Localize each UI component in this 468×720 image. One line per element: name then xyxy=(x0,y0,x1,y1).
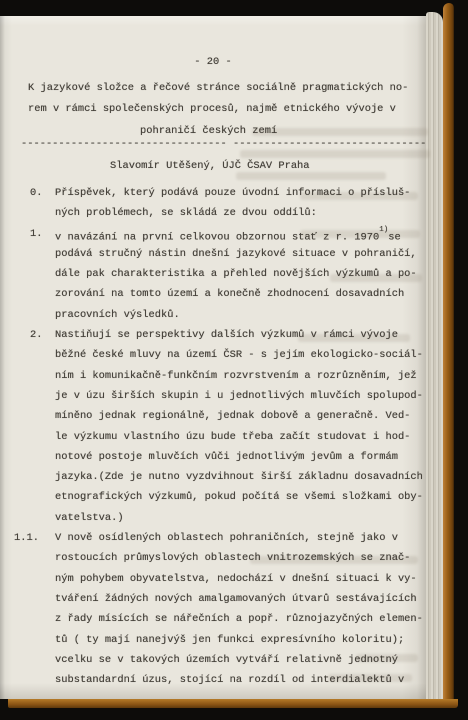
book-cover-edge-bottom xyxy=(8,699,458,708)
body-text-line: tváření žádných nových amalgamovaných út… xyxy=(55,589,427,609)
body-text-line: je v úzu širších skupin i u jednotlivých… xyxy=(55,386,427,406)
body-text-line: ním i komunikačně-funkčním rozvrstvením … xyxy=(55,366,427,386)
document-page: - 20 - K jazykové složce a řečové stránc… xyxy=(0,16,426,699)
paragraph-label: 2. xyxy=(30,325,42,345)
body-text-line: se xyxy=(388,231,400,243)
book-page-edges xyxy=(426,12,443,700)
paragraph-label: 0. xyxy=(30,183,42,203)
body-text-line: dále pak charakteristika a přehled nověj… xyxy=(55,264,427,284)
body-text-line: vatelstva.) xyxy=(55,508,427,528)
scanned-book-photo: - 20 - K jazykové složce a řečové stránc… xyxy=(0,0,468,720)
body-text-line: ným pohybem obyvatelstva, nedochází v dn… xyxy=(55,569,427,589)
paragraph-2: 2.Nastiňují se perspektivy dalších výzku… xyxy=(55,325,427,528)
body-text-line: běžné české mluvy na území ČSR - s jejím… xyxy=(55,345,427,365)
paragraph-label: 1.1. xyxy=(14,528,39,548)
document-title: K jazykové složce a řečové stránce sociá… xyxy=(28,78,426,142)
body-text-line: le výzkumu vlastního úzu bude třeba začí… xyxy=(55,427,427,447)
body-text-line: Nastiňují se perspektivy dalších výzkumů… xyxy=(55,329,398,341)
body-text-line: substandardní úzus, stojící na rozdíl od… xyxy=(55,670,427,690)
page-number: - 20 - xyxy=(0,52,426,72)
book-cover-edge-right xyxy=(443,3,454,708)
paragraph-1: 1.v navázání na první celkovou obzornou … xyxy=(55,224,427,325)
body-text-line: notové postoje mluvčích vůči jednotlivým… xyxy=(55,447,427,467)
body-text-line: rostoucích průmyslových oblastech vnitro… xyxy=(55,548,427,568)
body-text-line: ných problémech, se skládá ze dvou oddíl… xyxy=(55,203,427,223)
paragraph-label: 1. xyxy=(30,224,42,244)
paragraph-1-1: 1.1.V nově osídlených oblastech pohranič… xyxy=(55,528,427,690)
body-text-line: v navázání na první celkovou obzornou st… xyxy=(55,231,379,243)
body-text-line: zorování na tomto území a konečně zhodno… xyxy=(55,284,427,304)
body-text-line: vcelku se v takových územích vytváří rel… xyxy=(55,650,427,670)
title-line: K jazykové složce a řečové stránce sociá… xyxy=(28,78,426,99)
paragraph-0: 0.Příspěvek, který podává pouze úvodní i… xyxy=(55,183,427,224)
author-line: Slavomír Utěšený, ÚJČ ČSAV Praha xyxy=(110,156,310,176)
body-text-line: pracovních výsledků. xyxy=(55,305,427,325)
body-text-line: z řady mísících se nářečních a popř. růz… xyxy=(55,609,427,629)
body-text-line: tů ( ty mají nanejvýš jen funkci expresí… xyxy=(55,630,427,650)
body-text-line: Příspěvek, který podává pouze úvodní inf… xyxy=(55,187,410,199)
body-text-line: podává stručný nástin dnešní jazykové si… xyxy=(55,244,427,264)
body-text-line: V nově osídlených oblastech pohraničních… xyxy=(55,532,398,544)
body-text-line: míněno jednak regionálně, jednak dobově … xyxy=(55,406,427,426)
body-text-line: jazyka.(Zde je nutno vyzdvihnout širší z… xyxy=(55,467,427,487)
title-line: rem v rámci společenských procesů, najmě… xyxy=(28,99,426,120)
footnote-reference: 1) xyxy=(379,226,388,234)
body-text-line: etnografických výzkumů, pokud počítá se … xyxy=(55,487,427,507)
title-underline: --------------------------------- ------… xyxy=(21,134,426,154)
document-body: 0.Příspěvek, který podává pouze úvodní i… xyxy=(55,183,427,690)
